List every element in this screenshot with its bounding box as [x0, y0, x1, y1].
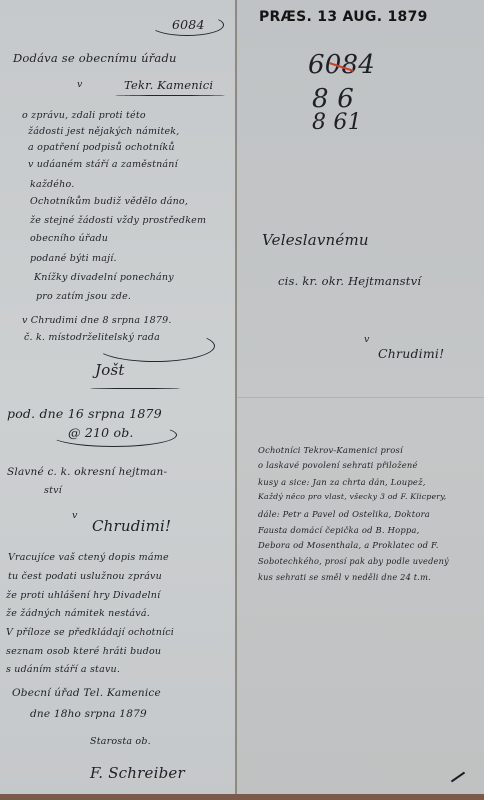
body-line: podané býti mají.: [30, 254, 117, 264]
request-line: Sobotechkého, prosí pak aby podle uveden…: [258, 557, 449, 565]
address-city: Chrudimi!: [92, 519, 171, 534]
body-line: žádosti jest nějakých námitek,: [28, 127, 179, 137]
heading-line2: Tekr. Kamenici: [124, 80, 213, 92]
request-line: kus sehrati se směl v neděli dne 24 t.m.: [258, 573, 431, 581]
right-address-line2: cis. kr. okr. Hejtmanství: [278, 276, 421, 288]
page-fold: [235, 0, 237, 800]
request-line: Ochotníci Tekrov-Kamenici prosí: [258, 446, 403, 454]
reply-line: Vracujíce vaš ctený dopis máme: [8, 553, 169, 563]
place-date: v Chrudimi dne 8 srpna 1879.: [22, 316, 172, 326]
signature-1-underline: [90, 388, 180, 389]
body-line: v udáaném stáří a zaměstnání: [28, 160, 178, 170]
body-line: o zprávu, zdali proti této: [22, 111, 146, 121]
authority-flourish: [95, 330, 215, 362]
reply-line: že proti uhlášení hry Divadelní: [6, 591, 160, 601]
reply-line: seznam osob které hráti budou: [6, 647, 161, 657]
office-name: Obecní úřad Tel. Kamenice: [12, 688, 161, 699]
body-line: že stejné žádosti vždy prostředkem: [30, 216, 206, 226]
reference-oval: [150, 14, 224, 36]
heading-underline: [115, 95, 225, 96]
signature-1: Jošt: [95, 363, 125, 378]
request-line: Každý něco pro vlast, všecky 3 od F. Kli…: [258, 493, 446, 501]
body-line: každého.: [30, 180, 74, 190]
reply-line: V příloze se předkládají ochotníci: [6, 628, 174, 638]
right-address-line1: Veleslavnému: [262, 233, 369, 248]
body-line: a opatření podpisů ochotníků: [28, 143, 175, 153]
right-address-prefix: v: [364, 335, 370, 345]
reply-line: s udáním stáří a stavu.: [6, 665, 120, 675]
request-line: Fausta domácí čepička od B. Hoppa,: [258, 526, 420, 534]
horizontal-fold: [236, 397, 484, 398]
body-line: pro zatím jsou zde.: [36, 292, 131, 302]
attachments-oval: [50, 423, 177, 447]
body-line: Knížky divadelní ponechány: [34, 273, 174, 283]
right-address-city: Chrudimi!: [378, 348, 444, 361]
received-stamp: PRÆS. 13 AUG. 1879: [259, 9, 428, 25]
address-line2: ství: [44, 486, 62, 496]
reply-date: dne 18ho srpna 1879: [30, 709, 147, 720]
address-line1: Slavné c. k. okresní hejtman-: [7, 467, 167, 478]
table-edge: [0, 794, 484, 800]
heading-line1: Dodáva se obecnímu úřadu: [13, 53, 177, 65]
heading-prefix: v: [77, 80, 83, 90]
request-line: kusy a sice: Jan za chrta dán, Loupež,: [258, 478, 426, 486]
reply-line: tu čest podati uslužnou zprávu: [8, 572, 162, 582]
request-line: dále: Petr a Pavel od Ostelika, Doktora: [258, 510, 430, 518]
body-line: Ochotníkům budiž vědělo dáno,: [30, 197, 188, 207]
signature-2: F. Schreiber: [90, 766, 185, 781]
role-title: Starosta ob.: [90, 737, 151, 747]
body-line: obecního úřadu: [30, 234, 108, 244]
number-3: 8 61: [312, 112, 362, 134]
received-date: pod. dne 16 srpna 1879: [7, 408, 162, 421]
request-line: Debora od Mosenthala, a Proklatec od F.: [258, 541, 439, 549]
reply-line: že žádných námitek nestává.: [6, 609, 150, 619]
request-line: o laskavé povolení sehrati přiložené: [258, 461, 418, 469]
number-2: 8 6: [312, 86, 354, 112]
address-prefix: v: [72, 511, 78, 521]
